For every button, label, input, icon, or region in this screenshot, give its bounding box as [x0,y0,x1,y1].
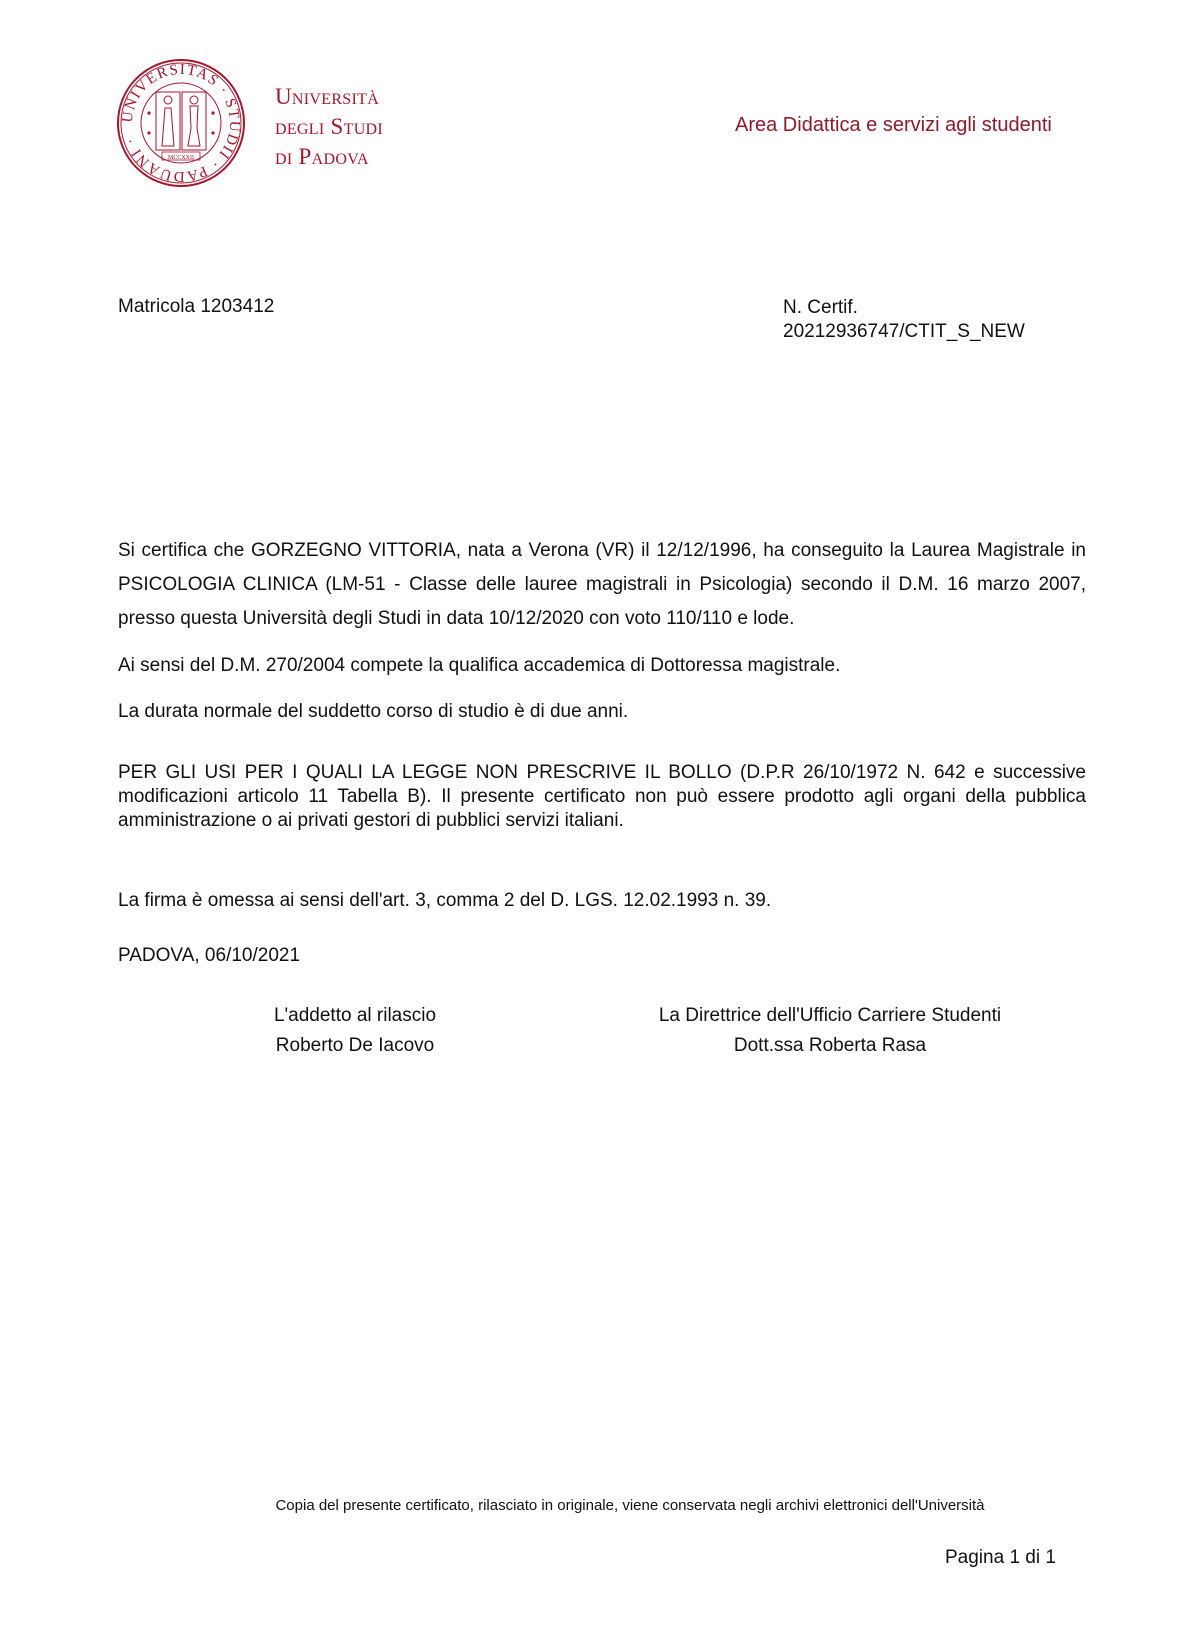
svg-text:UNIVERSITAS · STUDII · PADUANI: UNIVERSITAS · STUDII · PADUANI · [120,62,243,184]
stamp-duty-paragraph: PER GLI USI PER I QUALI LA LEGGE NON PRE… [118,761,1086,833]
signature-left: L'addetto al rilascio Roberto De Iacovo [230,1001,480,1061]
university-name-line-1: Università [275,82,383,112]
page-number: Pagina 1 di 1 [945,1547,1056,1569]
signature-omitted-paragraph: La firma è omessa ai sensi dell'art. 3, … [118,889,1086,913]
signature-left-name: Roberto De Iacovo [230,1031,480,1061]
place-and-date: PADOVA, 06/10/2021 [118,944,300,968]
academic-title-paragraph: Ai sensi del D.M. 270/2004 compete la qu… [118,654,1086,678]
certificate-number-block: N. Certif. 20212936747/CTIT_S_NEW [783,296,1025,344]
svg-text:MCCXXII: MCCXXII [168,155,194,161]
university-name-line-2: degli Studi [275,112,383,142]
department-name: Area Didattica e servizi agli studenti [735,114,1052,137]
signature-right-role: La Direttrice dell'Ufficio Carriere Stud… [620,1001,1040,1031]
certificate-label: N. Certif. [783,296,1025,320]
course-duration-paragraph: La durata normale del suddetto corso di … [118,700,1086,724]
certificate-number: 20212936747/CTIT_S_NEW [783,320,1025,344]
university-seal-icon: UNIVERSITAS · STUDII · PADUANI · MCCXXII [116,58,246,188]
university-name: Università degli Studi di Padova [275,82,383,172]
signature-right: La Direttrice dell'Ufficio Carriere Stud… [620,1001,1040,1061]
certification-paragraph: Si certifica che GORZEGNO VITTORIA, nata… [118,534,1086,636]
university-name-line-3: di Padova [275,142,383,172]
signature-left-role: L'addetto al rilascio [230,1001,480,1031]
signature-right-name: Dott.ssa Roberta Rasa [620,1031,1040,1061]
student-id: Matricola 1203412 [118,296,274,318]
footer-note: Copia del presente certificato, rilascia… [0,1497,1200,1514]
